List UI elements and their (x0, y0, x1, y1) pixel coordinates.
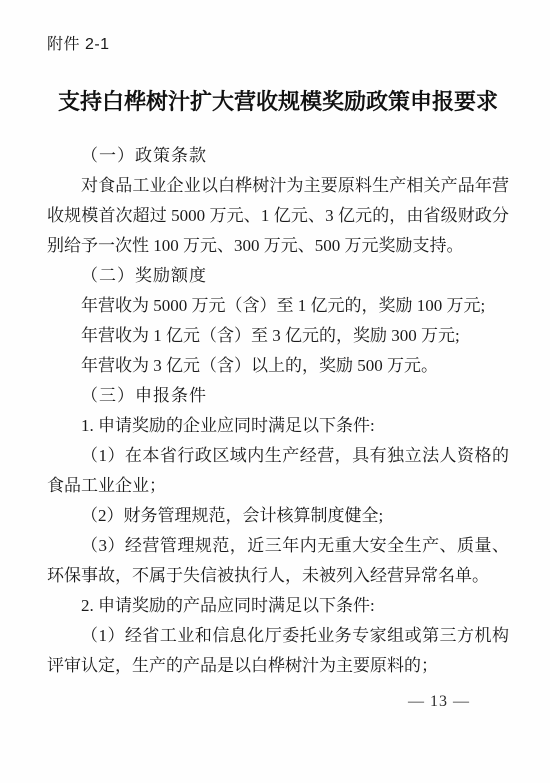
reward-tier-3: 年营收为 3 亿元（含）以上的，奖励 500 万元。 (47, 351, 509, 381)
reward-tier-1: 年营收为 5000 万元（含）至 1 亿元的，奖励 100 万元; (47, 291, 509, 321)
policy-terms-paragraph: 对食品工业企业以白桦树汁为主要原料生产相关产品年营收规模首次超过 5000 万元… (47, 171, 509, 261)
attachment-label: 附件 2-1 (47, 35, 509, 55)
product-condition-1: （1）经省工业和信息化厅委托业务专家组或第三方机构评审认定，生产的产品是以白桦树… (47, 621, 509, 681)
product-conditions-intro: 2. 申请奖励的产品应同时满足以下条件: (47, 591, 509, 621)
enterprise-condition-2: （2）财务管理规范，会计核算制度健全; (47, 501, 509, 531)
section-heading-policy-terms: （一）政策条款 (47, 141, 509, 171)
section-heading-application-conditions: （三）申报条件 (47, 381, 509, 411)
document-title: 支持白桦树汁扩大营收规模奖励政策申报要求 (47, 87, 509, 117)
reward-tier-2: 年营收为 1 亿元（含）至 3 亿元的，奖励 300 万元; (47, 321, 509, 351)
enterprise-conditions-intro: 1. 申请奖励的企业应同时满足以下条件: (47, 411, 509, 441)
enterprise-condition-3: （3）经营管理规范，近三年内无重大安全生产、质量、环保事故，不属于失信被执行人，… (47, 531, 509, 591)
enterprise-condition-1: （1）在本省行政区域内生产经营，具有独立法人资格的食品工业企业； (47, 441, 509, 501)
page-number: — 13 — (408, 692, 470, 712)
document-page: 附件 2-1 支持白桦树汁扩大营收规模奖励政策申报要求 （一）政策条款 对食品工… (0, 0, 550, 783)
section-heading-reward-amount: （二）奖励额度 (47, 261, 509, 291)
document-body: （一）政策条款 对食品工业企业以白桦树汁为主要原料生产相关产品年营收规模首次超过… (47, 141, 509, 681)
